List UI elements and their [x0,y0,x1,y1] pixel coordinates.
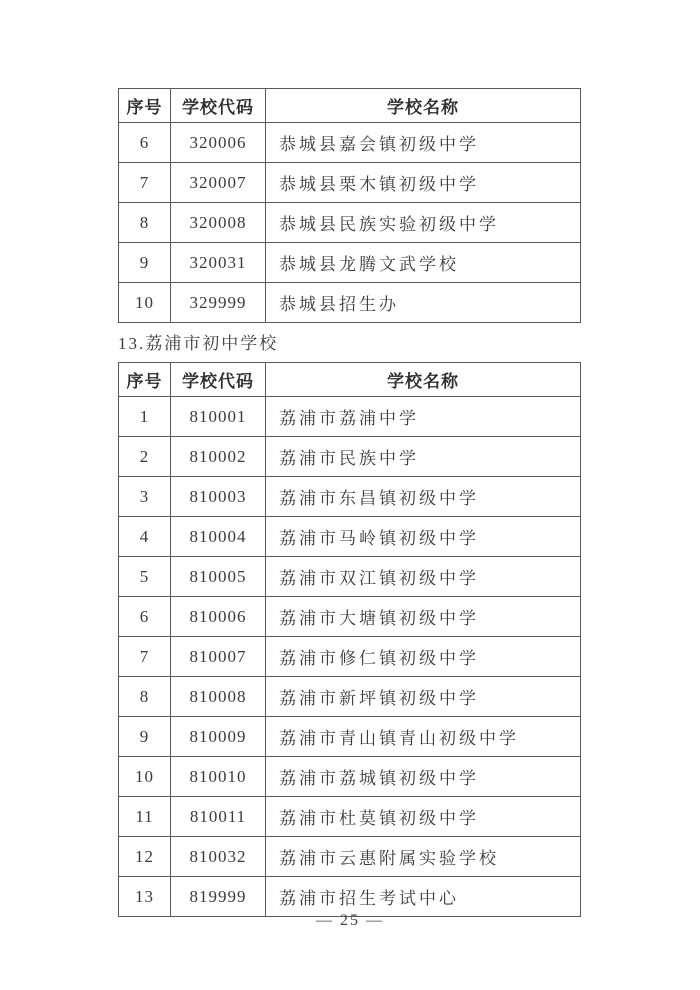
row-number-cell: 10 [119,757,171,797]
table-row: 2810002荔浦市民族中学 [119,437,581,477]
school-name-cell: 荔浦市东昌镇初级中学 [266,477,581,517]
row-number-cell: 10 [119,283,171,323]
school-code-cell: 810002 [171,437,266,477]
school-name-cell: 荔浦市杜莫镇初级中学 [266,797,581,837]
page-number: — 25 — [0,912,700,930]
row-number-cell: 8 [119,203,171,243]
table-row: 3810003荔浦市东昌镇初级中学 [119,477,581,517]
header-cell-index: 序号 [119,363,171,397]
school-code-cell: 329999 [171,283,266,323]
row-number-cell: 6 [119,597,171,637]
table-row: 7810007荔浦市修仁镇初级中学 [119,637,581,677]
school-code-cell: 810001 [171,397,266,437]
row-number-cell: 11 [119,797,171,837]
row-number-cell: 5 [119,557,171,597]
table-row: 1810001荔浦市荔浦中学 [119,397,581,437]
school-code-cell: 320031 [171,243,266,283]
school-code-cell: 819999 [171,877,266,917]
row-number-cell: 13 [119,877,171,917]
table-row: 12810032荔浦市云惠附属实验学校 [119,837,581,877]
table-row: 4810004荔浦市马岭镇初级中学 [119,517,581,557]
table-row: 5810005荔浦市双江镇初级中学 [119,557,581,597]
table-row: 8320008恭城县民族实验初级中学 [119,203,581,243]
school-code-cell: 320006 [171,123,266,163]
school-code-cell: 810004 [171,517,266,557]
header-cell-name: 学校名称 [266,363,581,397]
table-row: 6810006荔浦市大塘镇初级中学 [119,597,581,637]
school-code-cell: 320007 [171,163,266,203]
school-code-cell: 810003 [171,477,266,517]
header-cell-name: 学校名称 [266,89,581,123]
school-name-cell: 荔浦市青山镇青山初级中学 [266,717,581,757]
school-name-cell: 荔浦市荔浦中学 [266,397,581,437]
table-row: 9320031恭城县龙腾文武学校 [119,243,581,283]
school-code-cell: 810009 [171,717,266,757]
table-row: 10329999恭城县招生办 [119,283,581,323]
school-name-cell: 荔浦市新坪镇初级中学 [266,677,581,717]
section-heading: 13.荔浦市初中学校 [118,332,700,356]
school-name-cell: 荔浦市民族中学 [266,437,581,477]
school-code-cell: 810007 [171,637,266,677]
school-name-cell: 恭城县龙腾文武学校 [266,243,581,283]
header-cell-index: 序号 [119,89,171,123]
table-row: 11810011荔浦市杜莫镇初级中学 [119,797,581,837]
row-number-cell: 8 [119,677,171,717]
school-name-cell: 恭城县招生办 [266,283,581,323]
row-number-cell: 1 [119,397,171,437]
row-number-cell: 7 [119,637,171,677]
school-name-cell: 荔浦市云惠附属实验学校 [266,837,581,877]
school-code-cell: 810006 [171,597,266,637]
document-page: 序号 学校代码 学校名称 6320006恭城县嘉会镇初级中学7320007恭城县… [0,0,700,990]
table-row: 6320006恭城县嘉会镇初级中学 [119,123,581,163]
row-number-cell: 3 [119,477,171,517]
table-row: 8810008荔浦市新坪镇初级中学 [119,677,581,717]
school-code-cell: 810010 [171,757,266,797]
school-table-lipu: 序号 学校代码 学校名称 1810001荔浦市荔浦中学2810002荔浦市民族中… [118,362,581,917]
school-name-cell: 恭城县栗木镇初级中学 [266,163,581,203]
school-code-cell: 320008 [171,203,266,243]
row-number-cell: 12 [119,837,171,877]
school-name-cell: 恭城县嘉会镇初级中学 [266,123,581,163]
header-cell-code: 学校代码 [171,89,266,123]
school-name-cell: 荔浦市双江镇初级中学 [266,557,581,597]
school-code-cell: 810011 [171,797,266,837]
table-header-row: 序号 学校代码 学校名称 [119,363,581,397]
school-name-cell: 荔浦市修仁镇初级中学 [266,637,581,677]
school-name-cell: 荔浦市荔城镇初级中学 [266,757,581,797]
school-code-cell: 810032 [171,837,266,877]
school-code-cell: 810005 [171,557,266,597]
row-number-cell: 7 [119,163,171,203]
school-name-cell: 荔浦市大塘镇初级中学 [266,597,581,637]
header-cell-code: 学校代码 [171,363,266,397]
row-number-cell: 6 [119,123,171,163]
table-row: 13819999荔浦市招生考试中心 [119,877,581,917]
school-name-cell: 荔浦市招生考试中心 [266,877,581,917]
school-name-cell: 荔浦市马岭镇初级中学 [266,517,581,557]
row-number-cell: 2 [119,437,171,477]
table-header-row: 序号 学校代码 学校名称 [119,89,581,123]
school-code-cell: 810008 [171,677,266,717]
table-row: 7320007恭城县栗木镇初级中学 [119,163,581,203]
table-row: 10810010荔浦市荔城镇初级中学 [119,757,581,797]
table-row: 9810009荔浦市青山镇青山初级中学 [119,717,581,757]
school-table-gongcheng: 序号 学校代码 学校名称 6320006恭城县嘉会镇初级中学7320007恭城县… [118,88,581,323]
school-name-cell: 恭城县民族实验初级中学 [266,203,581,243]
row-number-cell: 4 [119,517,171,557]
row-number-cell: 9 [119,717,171,757]
row-number-cell: 9 [119,243,171,283]
